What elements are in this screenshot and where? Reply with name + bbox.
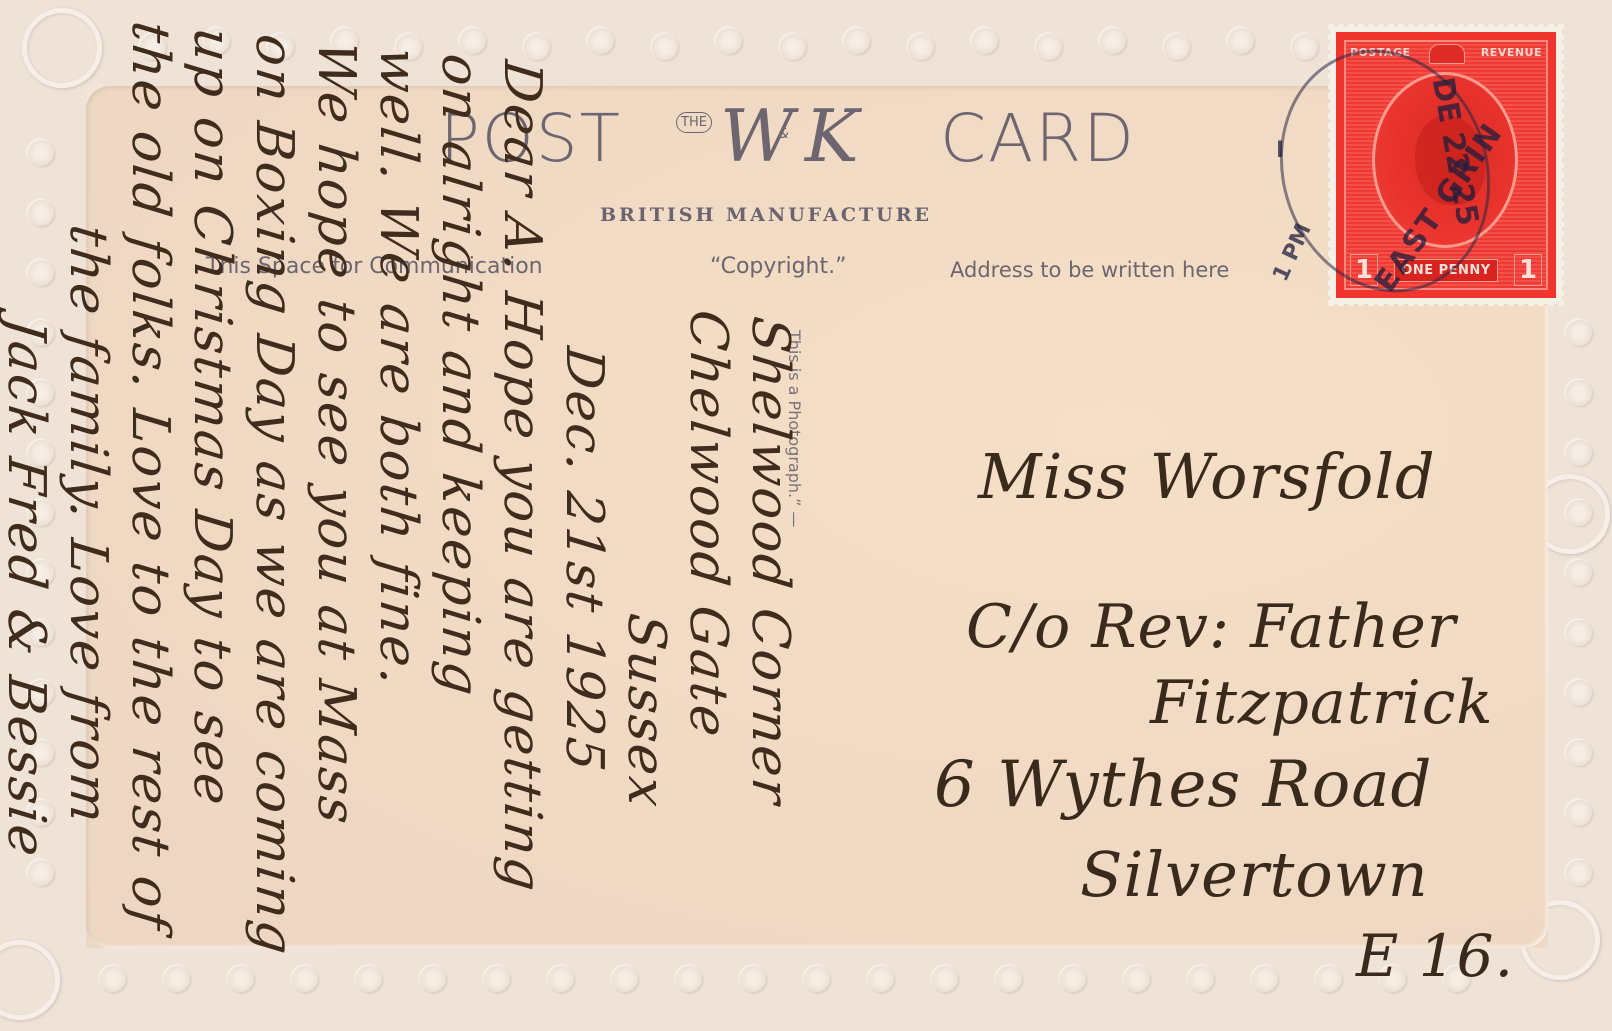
message-line: the old folks. Love to the rest of bbox=[120, 19, 180, 934]
stamp-denomination-right: 1 bbox=[1514, 254, 1542, 286]
emboss-flower-icon bbox=[868, 966, 894, 992]
emboss-flower-icon bbox=[1100, 28, 1126, 54]
emboss-flower-icon bbox=[780, 34, 806, 60]
emboss-flower-icon bbox=[740, 966, 766, 992]
emboss-flower-icon bbox=[588, 28, 614, 54]
emboss-flower-icon bbox=[28, 860, 54, 886]
address-label: Address to be written here bbox=[950, 258, 1229, 282]
emboss-flower-icon bbox=[932, 966, 958, 992]
postmark-tick: I bbox=[1276, 138, 1284, 163]
emboss-flower-icon bbox=[1566, 380, 1592, 406]
emboss-flower-icon bbox=[28, 200, 54, 226]
logo-prefix: THE bbox=[676, 112, 712, 133]
emboss-flower-icon bbox=[1566, 500, 1592, 526]
emboss-flower-icon bbox=[1566, 560, 1592, 586]
emboss-flower-icon bbox=[1566, 320, 1592, 346]
emboss-flower-icon bbox=[460, 28, 486, 54]
message-line: Dec. 21st 1925 bbox=[554, 344, 614, 776]
address-postal-district: E 16. bbox=[1356, 922, 1514, 990]
address-street: 6 Wythes Road bbox=[934, 748, 1432, 822]
message-line: on Boxing Day as we are coming bbox=[244, 32, 304, 959]
emboss-flower-icon bbox=[524, 34, 550, 60]
emboss-flower-icon bbox=[1036, 34, 1062, 60]
message-line: on alright and keeping bbox=[430, 51, 490, 700]
address-care-of: C/o Rev: Father bbox=[966, 592, 1456, 662]
emboss-flower-icon bbox=[612, 966, 638, 992]
emboss-flower-icon bbox=[1292, 34, 1318, 60]
emboss-flower-icon bbox=[356, 966, 382, 992]
emboss-flower-icon bbox=[1252, 966, 1278, 992]
emboss-flower-icon bbox=[1164, 34, 1190, 60]
emboss-flower-icon bbox=[716, 28, 742, 54]
emboss-flower-icon bbox=[1060, 966, 1086, 992]
copyright-label: “Copyright.” bbox=[710, 254, 847, 279]
address-recipient: Miss Worsfold bbox=[978, 440, 1436, 513]
message-line: Chelwood Gate bbox=[678, 307, 738, 741]
card-word: CARD bbox=[940, 100, 1136, 177]
emboss-flower-icon bbox=[292, 966, 318, 992]
emboss-flower-icon bbox=[908, 34, 934, 60]
emboss-flower-icon bbox=[652, 34, 678, 60]
emboss-flower-icon bbox=[548, 966, 574, 992]
emboss-flower-icon bbox=[228, 966, 254, 992]
emboss-flower-icon bbox=[676, 966, 702, 992]
emboss-flower-icon bbox=[100, 966, 126, 992]
message-line: We hope to see you at Mass bbox=[306, 38, 366, 828]
emboss-flower-icon bbox=[1566, 860, 1592, 886]
message-line: the family. Love from bbox=[58, 222, 118, 828]
emboss-flower-icon bbox=[1566, 440, 1592, 466]
message-line: Shelwood Corner bbox=[740, 314, 800, 809]
emboss-flower-icon bbox=[164, 966, 190, 992]
emboss-flower-icon bbox=[28, 140, 54, 166]
message-line: Jack Fred & Bessie bbox=[0, 315, 56, 860]
publisher-logo: THE W K & bbox=[676, 98, 896, 190]
message-line: Dear A. Hope you are getting bbox=[492, 58, 552, 896]
address-care-of-name: Fitzpatrick bbox=[1150, 668, 1494, 738]
postcard: POST THE W K & CARD BRITISH MANUFACTURE … bbox=[0, 0, 1612, 1031]
emboss-flower-icon bbox=[996, 966, 1022, 992]
emboss-ring-icon bbox=[22, 8, 102, 88]
emboss-flower-icon bbox=[1188, 966, 1214, 992]
message-line: Sussex bbox=[616, 611, 676, 812]
logo-ampersand: & bbox=[778, 126, 789, 142]
message-line: well. We are both fine. bbox=[368, 45, 428, 691]
emboss-flower-icon bbox=[972, 28, 998, 54]
emboss-flower-icon bbox=[1228, 28, 1254, 54]
emboss-flower-icon bbox=[804, 966, 830, 992]
address-town: Silvertown bbox=[1080, 838, 1429, 911]
emboss-flower-icon bbox=[484, 966, 510, 992]
emboss-flower-icon bbox=[1124, 966, 1150, 992]
emboss-flower-icon bbox=[420, 966, 446, 992]
emboss-flower-icon bbox=[1566, 740, 1592, 766]
emboss-flower-icon bbox=[1566, 680, 1592, 706]
stamp-revenue-label: REVENUE bbox=[1481, 46, 1542, 59]
manufacture-label: BRITISH MANUFACTURE bbox=[600, 204, 932, 226]
emboss-flower-icon bbox=[1566, 620, 1592, 646]
emboss-flower-icon bbox=[1566, 800, 1592, 826]
emboss-flower-icon bbox=[28, 260, 54, 286]
emboss-flower-icon bbox=[1316, 966, 1342, 992]
message-line: up on Christmas Day to see bbox=[182, 25, 242, 809]
crown-icon bbox=[1429, 44, 1465, 64]
emboss-flower-icon bbox=[844, 28, 870, 54]
